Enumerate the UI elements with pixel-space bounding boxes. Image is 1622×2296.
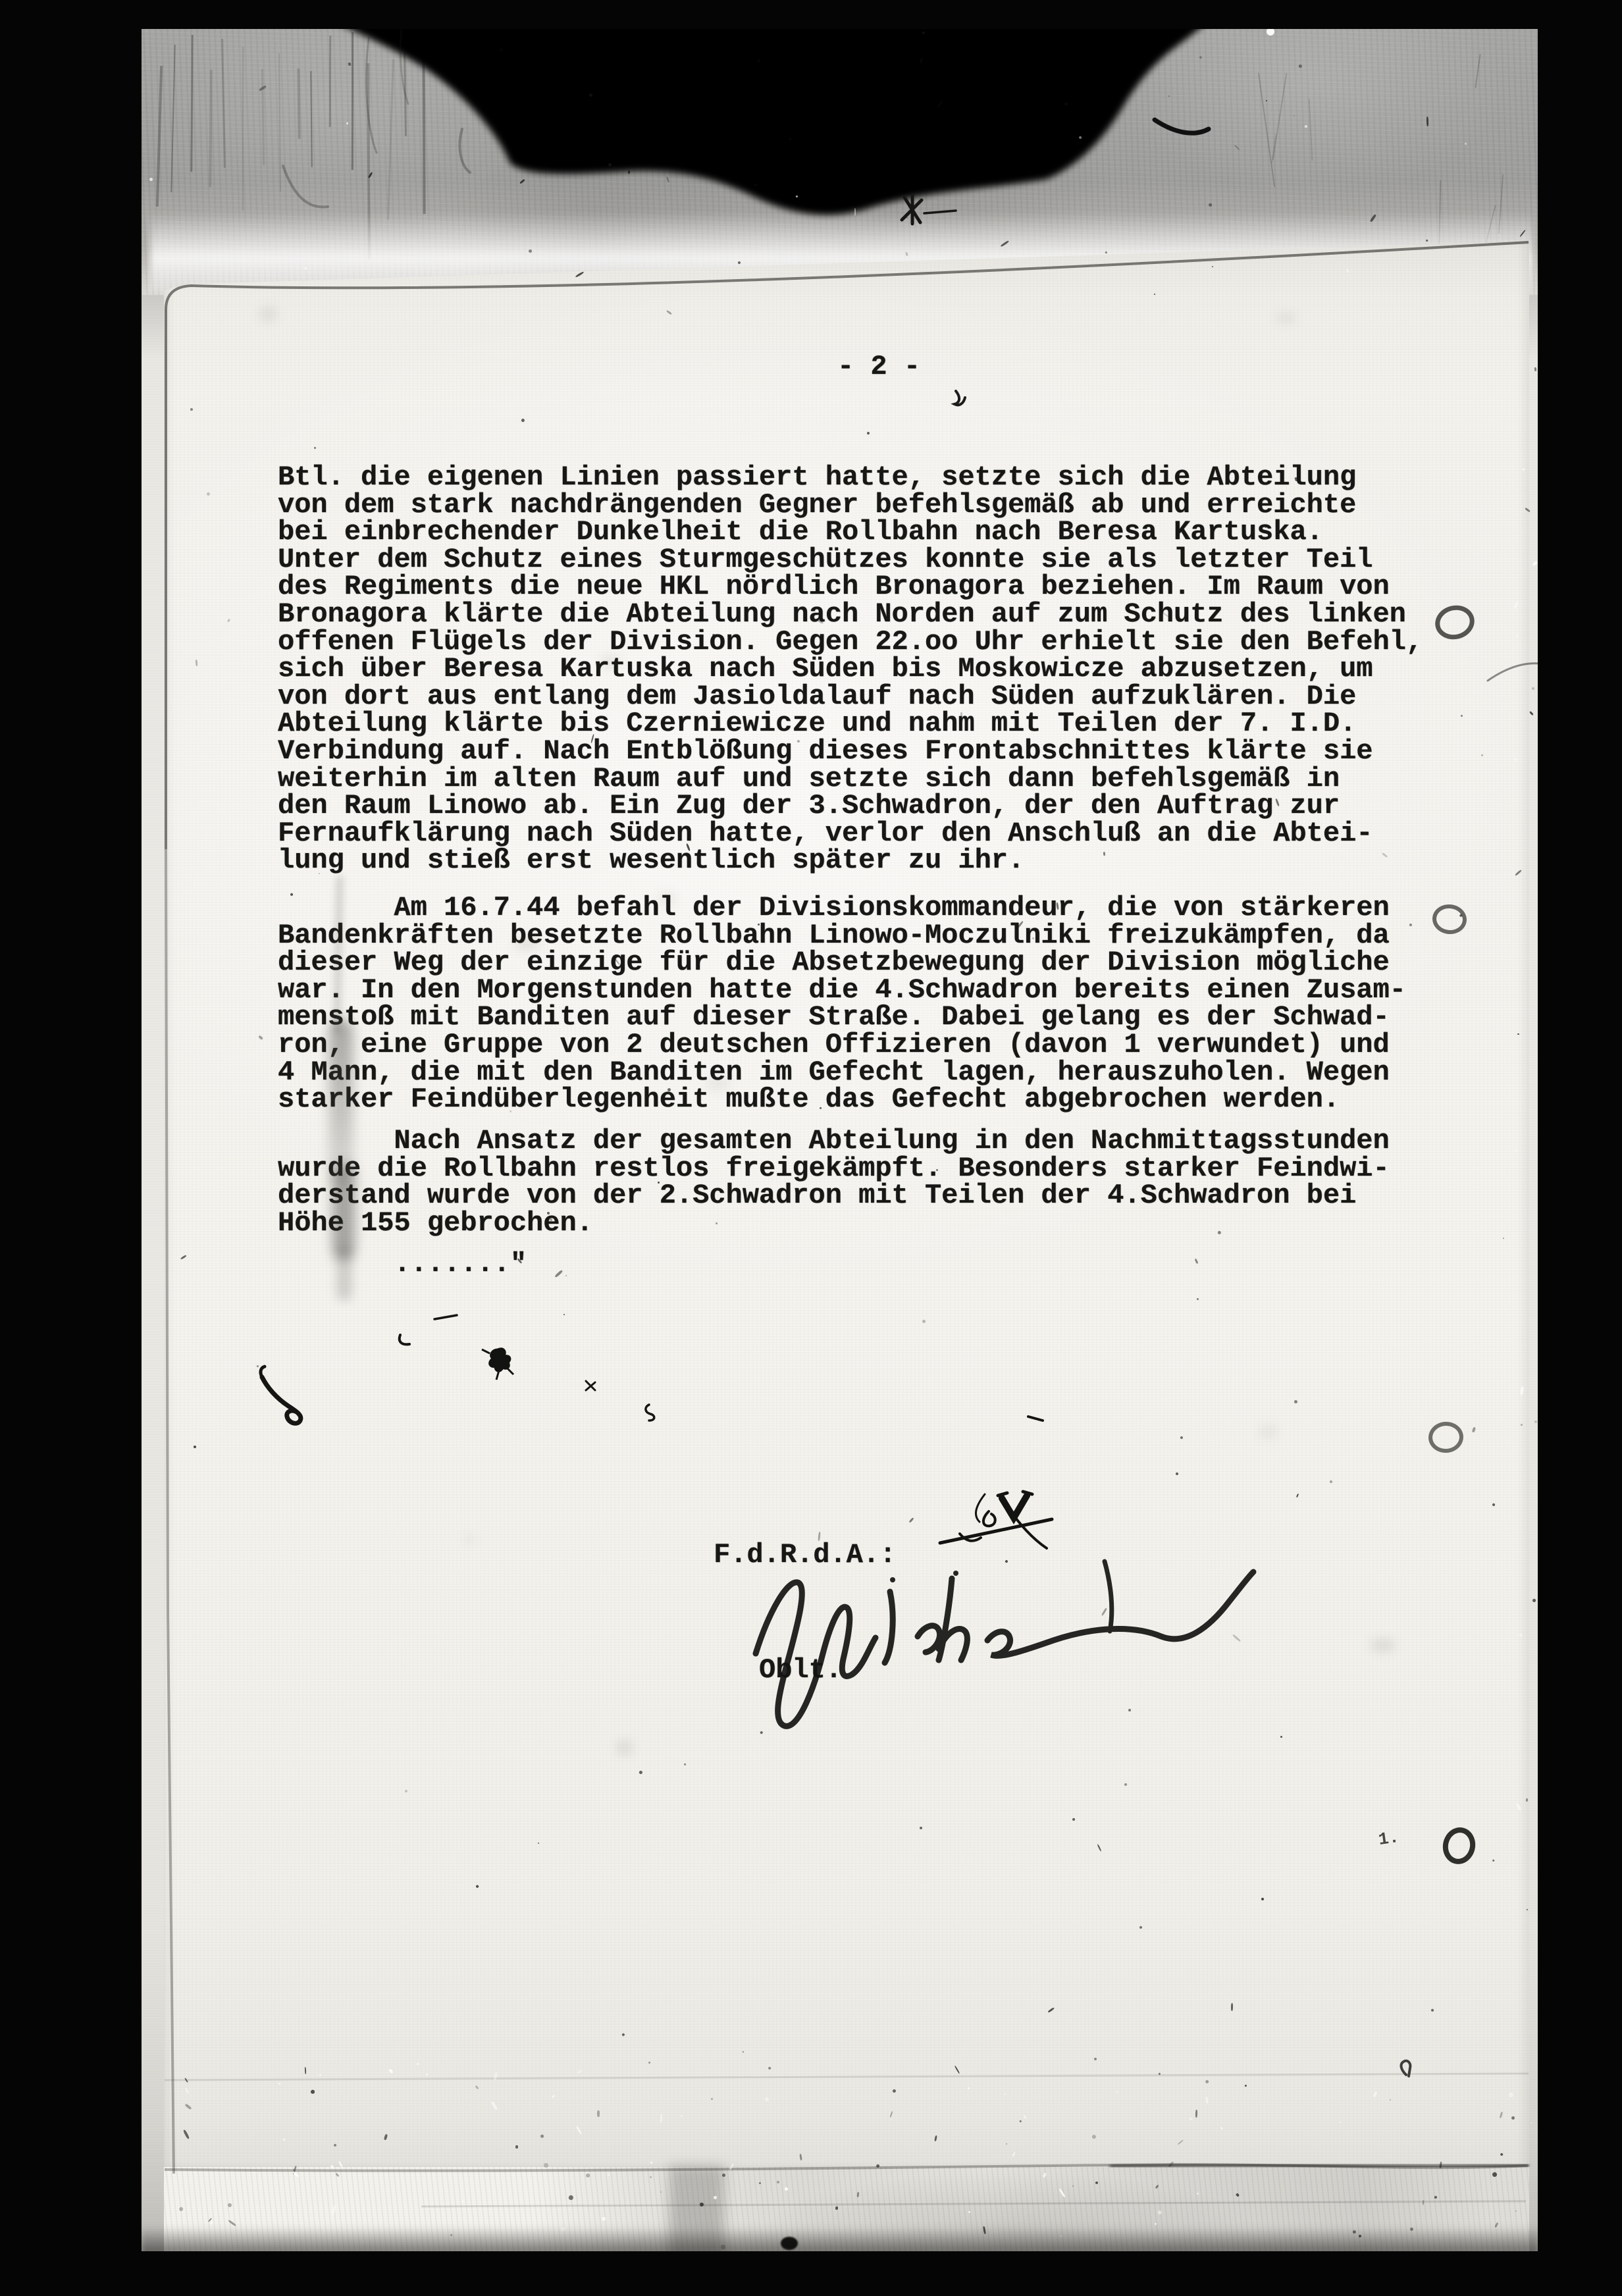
smudge-streak (329, 1019, 353, 1185)
speck (304, 2067, 306, 2074)
page-number: - 2 - (837, 353, 920, 381)
closing-quote-line: ......." (278, 1251, 527, 1278)
speck (546, 1211, 550, 1214)
speck (1154, 294, 1155, 295)
body-line: Fernaufklärung nach Süden hatte, verlor … (278, 820, 1423, 848)
body-line: Verbindung auf. Nach Entblößung dieses F… (278, 738, 1423, 766)
speck (758, 924, 760, 926)
scratch-line (242, 47, 244, 211)
speck (920, 1826, 922, 1829)
speck (1231, 2003, 1233, 2011)
body-line: 4 Mann, die mit den Banditen im Gefecht … (278, 1059, 1406, 1087)
body-line: des Regiments die neue HKL nördlich Bron… (278, 573, 1423, 601)
paragraph: Am 16.7.44 befahl der Divisionskommandeu… (278, 895, 1406, 1114)
speck (515, 2145, 518, 2149)
speck (714, 2196, 717, 2199)
body-line: Am 16.7.44 befahl der Divisionskommandeu… (278, 895, 1406, 922)
speck (1534, 367, 1536, 372)
paragraph: Nach Ansatz der gesamten Abteilung in de… (278, 1128, 1390, 1237)
smudge (1371, 1639, 1395, 1652)
speck (1190, 2117, 1192, 2120)
body-line: Nach Ansatz der gesamten Abteilung in de… (278, 1128, 1390, 1155)
scratch-line (329, 36, 331, 127)
body-line: Abteilung klärte bis Czerniewicze und na… (278, 710, 1423, 738)
body-line: weiterhin im alten Raum auf und setzte s… (278, 766, 1423, 793)
film-frame-top (0, 0, 1622, 29)
body-line: von dem stark nachdrängenden Gegner befe… (278, 492, 1423, 519)
paragraph: Btl. die eigenen Linien passiert hatte, … (278, 464, 1423, 875)
margin-note: 1. (1377, 1827, 1400, 1850)
speck (1517, 1033, 1519, 1035)
speck (960, 712, 962, 717)
speck (1124, 743, 1127, 745)
speck (1032, 937, 1034, 939)
speck (777, 2181, 779, 2183)
body-line: den Raum Linowo ab. Ein Zug der 3.Schwad… (278, 793, 1423, 820)
body-line: ron, eine Gruppe von 2 deutschen Offizie… (278, 1031, 1406, 1059)
film-frame-right (1538, 0, 1622, 2296)
body-line: offenen Flügels der Division. Gegen 22.o… (278, 629, 1423, 656)
scanned-document: - 2 - Btl. die eigenen Linien passiert h… (0, 0, 1622, 2296)
film-frame-bottom (0, 2251, 1622, 2296)
body-line: menstoß mit Banditen auf dieser Straße. … (278, 1004, 1406, 1031)
speck (1426, 117, 1428, 126)
speck (544, 2163, 549, 2168)
certification-label: F.d.R.d.A.: (714, 1542, 896, 1569)
body-line: Höhe 155 gebrochen. (278, 1210, 1390, 1238)
body-line: wurde die Rollbahn restlos freigekämpft.… (278, 1155, 1390, 1183)
speck (304, 267, 306, 269)
smudge (617, 1740, 632, 1755)
body-line: bei einbrechender Dunkelheit die Rollbah… (278, 519, 1423, 546)
smudge (1276, 313, 1296, 323)
speck (283, 2139, 285, 2141)
speck (563, 1313, 565, 1315)
body-line: war. In den Morgenstunden hatte die 4.Sc… (278, 977, 1406, 1004)
speck (1523, 468, 1525, 471)
body-line: lung und stieß erst wesentlich später zu… (278, 847, 1423, 875)
smudge (600, 656, 619, 667)
body-line: Bandenkräften besetzte Rollbahn Linowo-M… (278, 922, 1406, 950)
speck (657, 1182, 660, 1184)
body-line: Unter dem Schutz eines Sturmgeschützes k… (278, 546, 1423, 574)
smudge (658, 893, 675, 905)
body-line: dieser Weg der einzige für die Absetzbew… (278, 949, 1406, 977)
body-line: von dort aus entlang dem Jasioldalauf na… (278, 683, 1423, 711)
speck (597, 2110, 600, 2116)
smudge-streak (337, 1245, 352, 1301)
speck (195, 660, 197, 666)
speck (1264, 525, 1267, 527)
film-frame-left (0, 0, 142, 2296)
scratch-line (352, 32, 353, 170)
speck (835, 2206, 838, 2210)
speck (346, 122, 348, 124)
rank-label: Oblt. (759, 1657, 842, 1684)
smudge (706, 1076, 731, 1090)
body-line: Bronagora klärte die Abteilung nach Nord… (278, 601, 1423, 629)
body-line: Btl. die eigenen Linien passiert hatte, … (278, 464, 1423, 492)
body-line: derstand wurde von der 2.Schwadron mit T… (278, 1182, 1390, 1210)
smudge (1258, 1424, 1278, 1439)
body-line: sich über Beresa Kartuska nach Süden bis… (278, 656, 1423, 683)
body-line: starker Feindüberlegenheit mußte das Gef… (278, 1086, 1406, 1114)
smudge (260, 306, 276, 322)
